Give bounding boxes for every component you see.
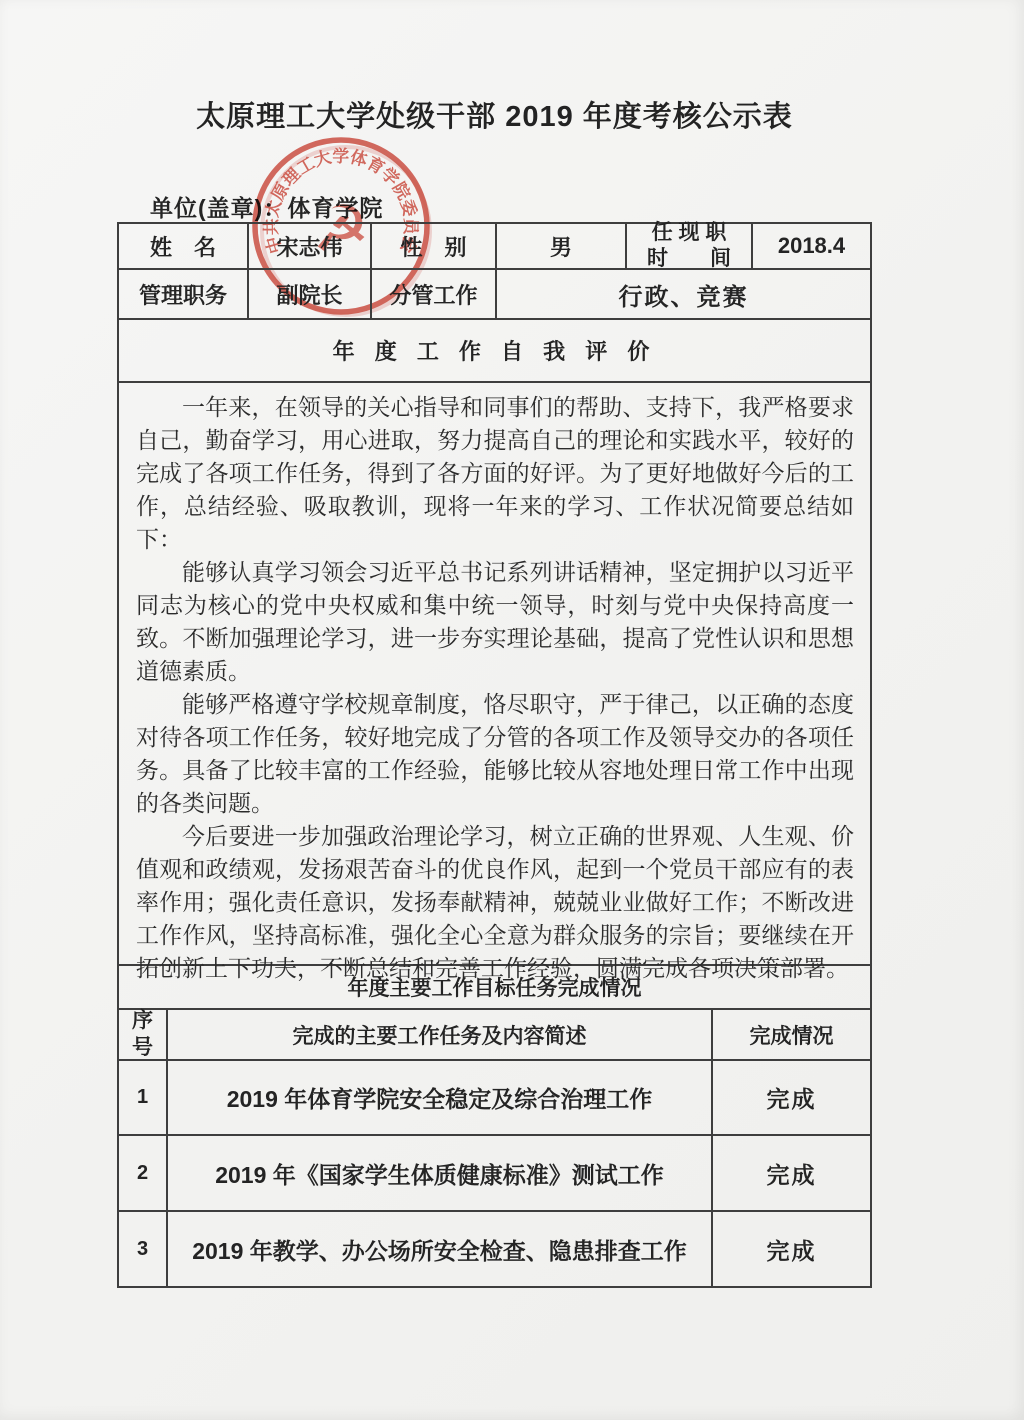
task-status: 完成 [713, 1136, 870, 1210]
task-row: 1 2019 年体育学院安全稳定及综合治理工作 完成 [119, 1061, 870, 1136]
self-eval-paragraph: 能够严格遵守学校规章制度，恪尽职守，严于律己，以正确的态度对待各项工作任务，较好… [136, 688, 854, 820]
mgmt-post-label: 管理职务 [119, 270, 249, 318]
self-eval-header: 年 度 工 作 自 我 评 价 [119, 320, 870, 381]
duty-label: 分管工作 [372, 270, 497, 318]
task-desc: 2019 年体育学院安全稳定及综合治理工作 [168, 1061, 713, 1134]
self-eval-paragraph: 能够认真学习领会习近平总书记系列讲话精神，坚定拥护以习近平同志为核心的党中央权威… [136, 556, 854, 688]
tasks-header-row: 年度主要工作目标任务完成情况 [119, 966, 870, 1010]
task-no: 3 [119, 1212, 168, 1286]
self-eval-header-row: 年 度 工 作 自 我 评 价 [119, 320, 870, 383]
col-header-status: 完成情况 [713, 1010, 870, 1059]
task-status: 完成 [713, 1061, 870, 1134]
mgmt-post-value: 副院长 [249, 270, 372, 318]
task-status: 完成 [713, 1212, 870, 1286]
duty-value: 行政、竞赛 [497, 270, 870, 318]
unit-seal-line: 单位(盖章)：体育学院 [150, 190, 383, 223]
task-row: 3 2019 年教学、办公场所安全检查、隐患排查工作 完成 [119, 1212, 870, 1286]
tenure-label-line2: 时 间 [647, 246, 731, 272]
gender-label: 性 别 [372, 224, 497, 268]
tasks-column-header-row: 序号 完成的主要工作任务及内容简述 完成情况 [119, 1010, 870, 1061]
self-eval-body-row: 一年来，在领导的关心指导和同事们的帮助、支持下，我严格要求自己，勤奋学习，用心进… [119, 383, 870, 966]
tenure-label: 任 现 职 时 间 [627, 224, 753, 268]
task-desc: 2019 年《国家学生体质健康标准》测试工作 [168, 1136, 713, 1210]
name-value: 宋志伟 [249, 224, 372, 268]
name-label: 姓 名 [119, 224, 249, 268]
task-no: 1 [119, 1061, 168, 1134]
basic-info-row-1: 姓 名 宋志伟 性 别 男 任 现 职 时 间 2018.4 [119, 224, 870, 270]
task-no: 2 [119, 1136, 168, 1210]
appraisal-form-table: 姓 名 宋志伟 性 别 男 任 现 职 时 间 2018.4 管理职务 副院长 … [117, 222, 872, 1288]
col-header-task: 完成的主要工作任务及内容简述 [168, 1010, 713, 1059]
tasks-section-header: 年度主要工作目标任务完成情况 [119, 966, 870, 1008]
self-eval-paragraph: 今后要进一步加强政治理论学习，树立正确的世界观、人生观、价值观和政绩观，发扬艰苦… [136, 820, 854, 985]
scanned-document-page: 太原理工大学处级干部 2019 年度考核公示表 单位(盖章)：体育学院 中共太原… [0, 0, 1024, 1420]
gender-value: 男 [497, 224, 627, 268]
basic-info-row-2: 管理职务 副院长 分管工作 行政、竞赛 [119, 270, 870, 320]
tenure-value: 2018.4 [753, 224, 870, 268]
tenure-label-line1: 任 现 职 [652, 220, 727, 246]
col-header-no: 序号 [119, 1010, 168, 1059]
task-desc: 2019 年教学、办公场所安全检查、隐患排查工作 [168, 1212, 713, 1286]
document-title: 太原理工大学处级干部 2019 年度考核公示表 [117, 94, 872, 135]
task-row: 2 2019 年《国家学生体质健康标准》测试工作 完成 [119, 1136, 870, 1212]
self-eval-text: 一年来，在领导的关心指导和同事们的帮助、支持下，我严格要求自己，勤奋学习，用心进… [119, 383, 870, 964]
self-eval-paragraph: 一年来，在领导的关心指导和同事们的帮助、支持下，我严格要求自己，勤奋学习，用心进… [136, 391, 854, 556]
